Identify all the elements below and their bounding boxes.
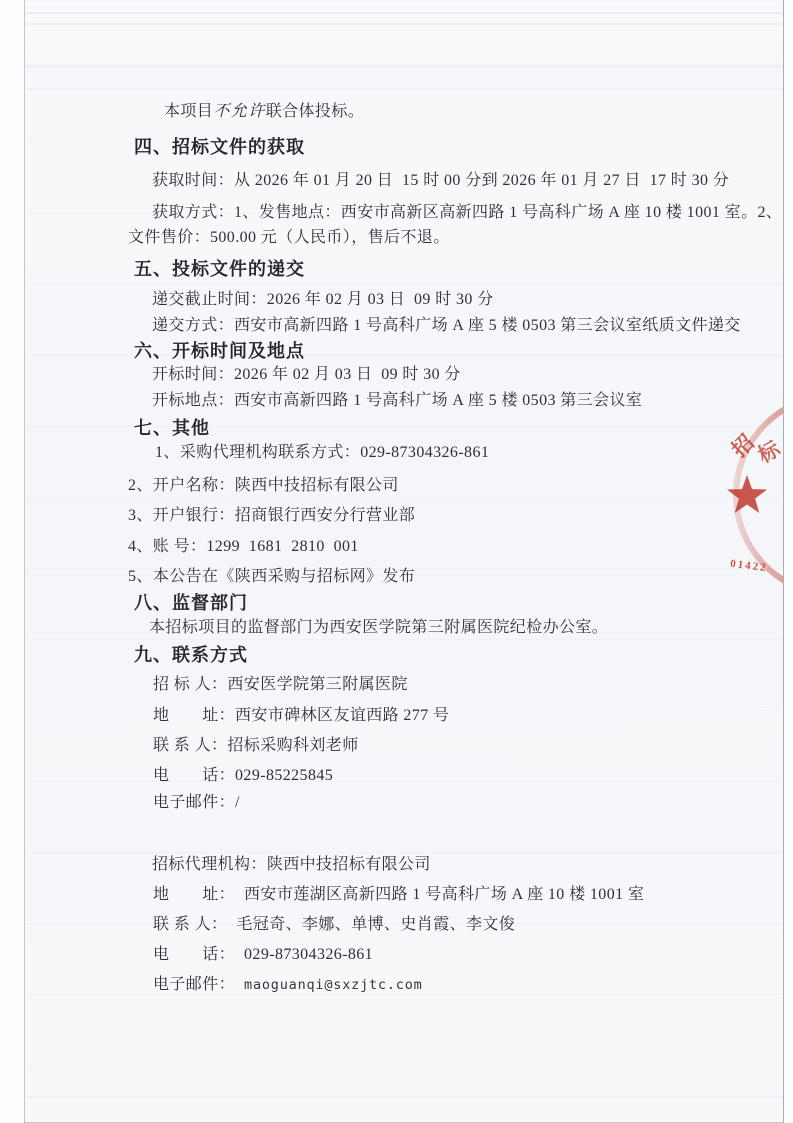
- red-seal-stamp: 招 标 01422: [685, 368, 784, 628]
- tenderer-phone-label: 电 话：: [153, 767, 235, 784]
- agency-contact-item: 1、采购代理机构联系方式：029-87304326-861: [155, 443, 489, 463]
- tenderer-email-line: 电子邮件：/: [153, 793, 240, 813]
- agency-contact-line: 联 系 人：毛冠奇、李娜、单博、史肖霞、李文俊: [153, 915, 515, 935]
- intro-text-pre: 本项目: [164, 103, 213, 120]
- seal-star-icon: [727, 475, 767, 513]
- tenderer-address-label: 地 址：: [153, 707, 235, 724]
- tenderer-contact-value: 招标采购科刘老师: [227, 737, 358, 754]
- submission-deadline-line: 递交截止时间：2026 年 02 月 03 日 09 时 30 分: [152, 290, 494, 310]
- section-heading-others: 七、其他: [134, 417, 210, 440]
- section-heading-bid-submission: 五、投标文件的递交: [134, 258, 305, 281]
- intro-text-post: 联合体投标。: [266, 103, 364, 120]
- agency-email-value: maoguanqi@sxzjtc.com: [244, 977, 423, 993]
- agency-phone-label: 电 话：: [153, 946, 235, 963]
- intro-text-emphasis: 不允许: [213, 103, 266, 120]
- agency-name-line: 招标代理机构：陕西中技招标有限公司: [152, 855, 431, 875]
- tenderer-email-value: /: [235, 794, 240, 811]
- bank-item: 3、开户银行：招商银行西安分行营业部: [128, 506, 415, 526]
- tenderer-email-label: 电子邮件：: [153, 794, 235, 811]
- tenderer-name-label: 招 标 人：: [153, 676, 227, 693]
- document-price-line: 文件售价：500.00 元（人民币），售后不退。: [128, 228, 450, 248]
- section-heading-supervision: 八、监督部门: [134, 592, 248, 615]
- supervision-body-line: 本招标项目的监督部门为西安医学院第三附属医院纪检办公室。: [149, 618, 608, 638]
- section-heading-contact: 九、联系方式: [134, 644, 248, 667]
- agency-contact-label: 联 系 人：: [153, 916, 227, 933]
- section-heading-document-acquisition: 四、招标文件的获取: [134, 136, 305, 159]
- scan-streak: [25, 23, 783, 25]
- section-heading-bid-opening: 六、开标时间及地点: [134, 340, 305, 363]
- agency-name-value: 陕西中技招标有限公司: [267, 856, 431, 873]
- tenderer-phone-line: 电 话：029-85225845: [153, 766, 333, 786]
- submission-method-line: 递交方式：西安市高新四路 1 号高科广场 A 座 5 楼 0503 第三会议室纸…: [152, 316, 741, 336]
- acquisition-method-line: 获取方式：1、发售地点：西安市高新区高新四路 1 号高科广场 A 座 10 楼 …: [152, 203, 782, 223]
- scan-streak: [25, 12, 783, 14]
- tenderer-address-line: 地 址：西安市碑林区友谊西路 277 号: [153, 706, 449, 726]
- agency-contact-value: 毛冠奇、李娜、单博、史肖霞、李文俊: [236, 916, 515, 933]
- agency-address-value: 西安市莲湖区高新四路 1 号高科广场 A 座 10 楼 1001 室: [244, 886, 644, 903]
- publication-item: 5、本公告在《陕西采购与招标网》发布: [128, 567, 415, 587]
- tenderer-name-value: 西安医学院第三附属医院: [227, 676, 407, 693]
- tenderer-contact-line: 联 系 人：招标采购科刘老师: [153, 736, 359, 756]
- agency-email-line: 电子邮件：maoguanqi@sxzjtc.com: [153, 975, 423, 995]
- agency-name-label: 招标代理机构：: [152, 856, 267, 873]
- agency-address-line: 地 址：西安市莲湖区高新四路 1 号高科广场 A 座 10 楼 1001 室: [153, 885, 644, 905]
- agency-phone-line: 电 话：029-87304326-861: [153, 945, 373, 965]
- scan-streak: [25, 88, 783, 90]
- tenderer-address-value: 西安市碑林区友谊西路 277 号: [235, 707, 449, 724]
- tenderer-name-line: 招 标 人：西安医学院第三附属医院: [153, 675, 408, 695]
- tenderer-contact-label: 联 系 人：: [153, 737, 227, 754]
- tenderer-phone-value: 029-85225845: [235, 767, 333, 784]
- seal-char-2: 标: [753, 436, 784, 468]
- scan-streak: [25, 1096, 783, 1098]
- intro-paragraph: 本项目不允许联合体投标。: [164, 102, 364, 122]
- agency-email-label: 电子邮件：: [153, 976, 235, 993]
- opening-place-line: 开标地点：西安市高新四路 1 号高科广场 A 座 5 楼 0503 第三会议室: [152, 391, 642, 411]
- account-name-item: 2、开户名称：陕西中技招标有限公司: [128, 476, 399, 496]
- document-page: 本项目不允许联合体投标。 四、招标文件的获取 获取时间：从 2026 年 01 …: [24, 0, 784, 1123]
- account-number-item: 4、账 号：1299 1681 2810 001: [128, 537, 359, 557]
- scan-streak: [25, 64, 783, 68]
- acquisition-time-line: 获取时间：从 2026 年 01 月 20 日 15 时 00 分到 2026 …: [152, 171, 729, 191]
- agency-phone-value: 029-87304326-861: [244, 946, 373, 963]
- opening-time-line: 开标时间：2026 年 02 月 03 日 09 时 30 分: [152, 365, 461, 385]
- agency-address-label: 地 址：: [153, 886, 235, 903]
